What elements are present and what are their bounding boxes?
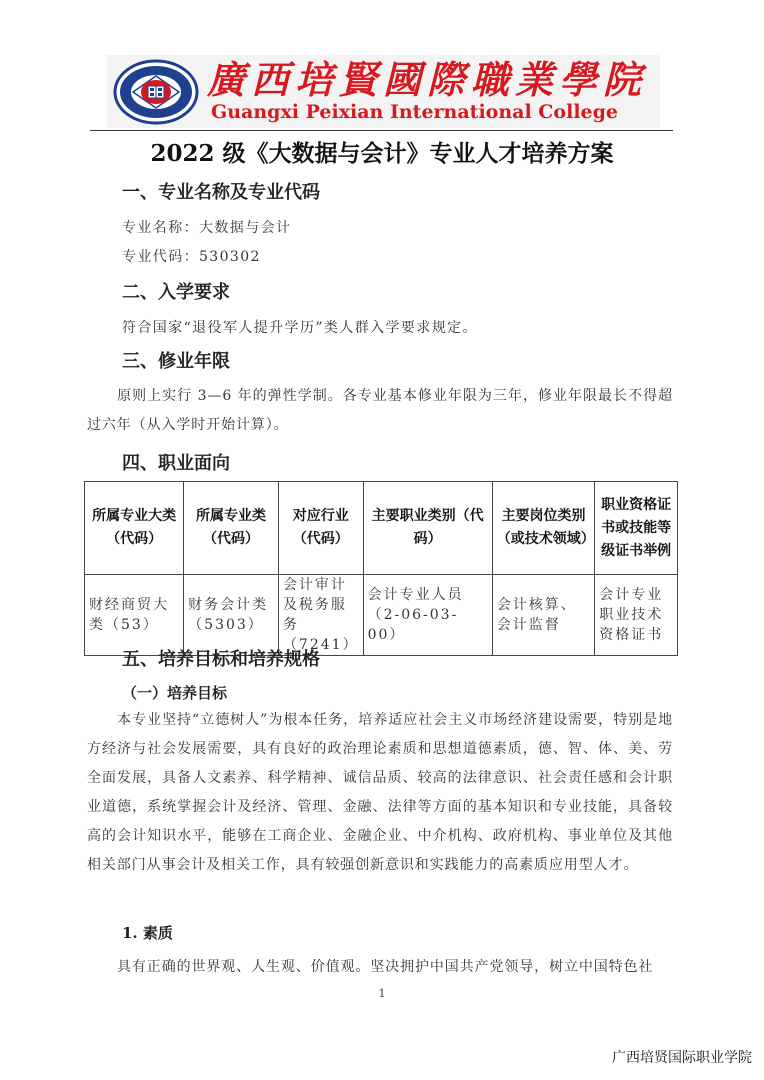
page-number: 1 <box>0 987 764 1000</box>
section-5-heading: 五、培养目标和培养规格 <box>122 648 320 672</box>
college-logo-icon <box>113 59 199 125</box>
section-4-heading: 四、职业面向 <box>122 452 230 476</box>
document-page: 廣西培賢國際職業學院 Guangxi Peixian International… <box>0 0 764 1080</box>
document-title: 2022 级《大数据与会计》专业人才培养方案 <box>0 139 764 169</box>
table-cell: 会计审计及税务服务（7241） <box>278 575 363 656</box>
section-1-heading: 一、专业名称及专业代码 <box>122 181 320 205</box>
table-row: 财经商贸大类（53） 财务会计类（5303） 会计审计及税务服务（7241） 会… <box>85 575 678 656</box>
training-objective-content: 本专业坚持“立德树人”为根本任务，培养适应社会主义市场经济建设需要，特别是地方经… <box>87 712 673 873</box>
table-header-cell: 主要职业类别（代码） <box>363 482 492 575</box>
section-2-text: 符合国家“退役军人提升学历”类人群入学要求规定。 <box>122 317 478 339</box>
training-objective-heading: （一）培养目标 <box>122 682 227 704</box>
table-cell: 会计专业职业技术资格证书 <box>595 575 678 656</box>
footer-college-name: 广西培贤国际职业学院 <box>612 1047 752 1067</box>
quality-text: 具有正确的世界观、人生观、价值观。坚决拥护中国共产党领导，树立中国特色社 <box>87 953 673 982</box>
section-3-text-content: 原则上实行 3—6 年的弹性学制。各专业基本修业年限为三年，修业年限最长不得超过… <box>87 388 673 433</box>
table-cell: 会计专业人员（2-06-03-00） <box>363 575 492 656</box>
table-cell: 会计核算、会计监督 <box>492 575 595 656</box>
section-3-text: 原则上实行 3—6 年的弹性学制。各专业基本修业年限为三年，修业年限最长不得超过… <box>87 382 673 440</box>
training-objective-text: 本专业坚持“立德树人”为根本任务，培养适应社会主义市场经济建设需要，特别是地方经… <box>87 706 673 880</box>
table-header-cell: 所属专业类（代码） <box>184 482 279 575</box>
section-3-heading: 三、修业年限 <box>122 350 230 374</box>
section-2-heading: 二、入学要求 <box>122 281 230 305</box>
college-banner: 廣西培賢國際職業學院 Guangxi Peixian International… <box>107 55 660 128</box>
table-header-cell: 职业资格证书或技能等级证书举例 <box>595 482 678 575</box>
quality-text-content: 具有正确的世界观、人生观、价值观。坚决拥护中国共产党领导，树立中国特色社 <box>117 959 653 975</box>
table-header-cell: 所属专业大类（代码） <box>85 482 184 575</box>
table-cell: 财经商贸大类（53） <box>85 575 184 656</box>
major-code: 专业代码：530302 <box>122 246 261 268</box>
table-header-cell: 对应行业（代码） <box>278 482 363 575</box>
major-name: 专业名称：大数据与会计 <box>122 217 291 239</box>
table-cell: 财务会计类（5303） <box>184 575 279 656</box>
college-name-english: Guangxi Peixian International College <box>211 101 618 123</box>
career-orientation-table: 所属专业大类（代码） 所属专业类（代码） 对应行业（代码） 主要职业类别（代码）… <box>84 481 678 656</box>
college-name-chinese: 廣西培賢國際職業學院 <box>207 58 647 102</box>
table-header-cell: 主要岗位类别（或技术领域） <box>492 482 595 575</box>
quality-heading: 1. 素质 <box>122 922 173 944</box>
header-divider <box>90 130 673 131</box>
table-header-row: 所属专业大类（代码） 所属专业类（代码） 对应行业（代码） 主要职业类别（代码）… <box>85 482 678 575</box>
